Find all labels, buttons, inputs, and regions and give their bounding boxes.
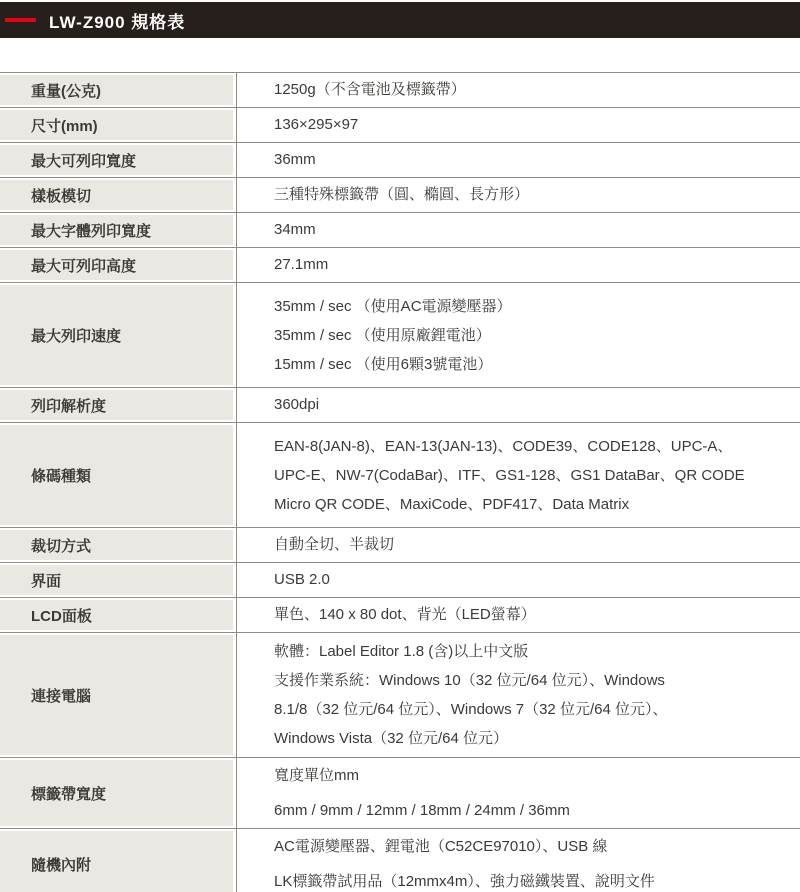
spec-value-line: 136×295×97 xyxy=(274,108,800,142)
red-dash-icon xyxy=(5,18,36,22)
spec-label: 條碼種類 xyxy=(0,422,236,527)
spec-label: 列印解析度 xyxy=(0,387,236,422)
spec-value-line: 34mm xyxy=(274,213,800,247)
spec-label: 隨機內附 xyxy=(0,828,236,892)
spec-value-line: 三種特殊標籤帶（圓、橢圓、長方形） xyxy=(274,178,800,212)
spec-label: LCD面板 xyxy=(0,597,236,632)
spec-label: 最大字體列印寬度 xyxy=(0,212,236,247)
spec-value-line: 27.1mm xyxy=(274,248,800,282)
spec-value: 35mm / sec （使用AC電源變壓器） 35mm / sec （使用原廠鋰… xyxy=(236,282,800,387)
table-row-cut-method: 裁切方式 自動全切、半裁切 xyxy=(0,527,800,562)
spec-value: 單色、140 x 80 dot、背光（LED螢幕） xyxy=(236,597,800,632)
spec-value-line: 15mm / sec （使用6顆3號電池） xyxy=(274,350,800,379)
spec-value-line: 35mm / sec （使用AC電源變壓器） xyxy=(274,292,800,321)
spec-label: 最大可列印高度 xyxy=(0,247,236,282)
spec-value-line: 360dpi xyxy=(274,388,800,422)
spec-label: 裁切方式 xyxy=(0,527,236,562)
spec-value: USB 2.0 xyxy=(236,562,800,597)
spec-value-line: 35mm / sec （使用原廠鋰電池） xyxy=(274,321,800,350)
spec-value-line: 支援作業系統：Windows 10（32 位元/64 位元）、Windows xyxy=(274,666,800,695)
spec-value: 軟體：Label Editor 1.8 (含)以上中文版 支援作業系統：Wind… xyxy=(236,632,800,757)
page-header: LW-Z900 規格表 xyxy=(0,2,800,38)
spec-label: 樣板模切 xyxy=(0,177,236,212)
spec-value: 27.1mm xyxy=(236,247,800,282)
table-row-weight: 重量(公克) 1250g（不含電池及標籤帶） xyxy=(0,72,800,107)
table-row-lcd-panel: LCD面板 單色、140 x 80 dot、背光（LED螢幕） xyxy=(0,597,800,632)
spec-value-line: Windows Vista（32 位元/64 位元） xyxy=(274,724,800,753)
spec-label: 標籤帶寬度 xyxy=(0,757,236,828)
spec-label: 最大可列印寬度 xyxy=(0,142,236,177)
spec-value: 36mm xyxy=(236,142,800,177)
spec-value: EAN-8(JAN-8)、EAN-13(JAN-13)、CODE39、CODE1… xyxy=(236,422,800,527)
spec-value-line: USB 2.0 xyxy=(274,563,800,597)
spec-value: 寬度單位mm 6mm / 9mm / 12mm / 18mm / 24mm / … xyxy=(236,757,800,828)
spec-value-line: LK標籤帶試用品（12mmx4m）、強力磁鐵裝置、說明文件 xyxy=(274,864,800,892)
spec-value-line: AC電源變壓器、鋰電池（C52CE97010）、USB 線 xyxy=(274,829,800,864)
table-row-included-items: 隨機內附 AC電源變壓器、鋰電池（C52CE97010）、USB 線 LK標籤帶… xyxy=(0,828,800,892)
spec-value: 1250g（不含電池及標籤帶） xyxy=(236,72,800,107)
spec-label: 尺寸(mm) xyxy=(0,107,236,142)
spec-value-line: 36mm xyxy=(274,143,800,177)
table-row-pc-connection: 連接電腦 軟體：Label Editor 1.8 (含)以上中文版 支援作業系統… xyxy=(0,632,800,757)
table-row-max-print-height: 最大可列印高度 27.1mm xyxy=(0,247,800,282)
table-row-die-cut: 樣板模切 三種特殊標籤帶（圓、橢圓、長方形） xyxy=(0,177,800,212)
spec-value: 自動全切、半裁切 xyxy=(236,527,800,562)
spec-value-line: 1250g（不含電池及標籤帶） xyxy=(274,73,800,107)
spec-value-line: 8.1/8（32 位元/64 位元）、Windows 7（32 位元/64 位元… xyxy=(274,695,800,724)
spec-value-line: 寬度單位mm xyxy=(274,758,800,793)
spec-value-line: EAN-8(JAN-8)、EAN-13(JAN-13)、CODE39、CODE1… xyxy=(274,432,800,461)
spec-label: 重量(公克) xyxy=(0,72,236,107)
table-row-dimensions: 尺寸(mm) 136×295×97 xyxy=(0,107,800,142)
spec-value-line: 自動全切、半裁切 xyxy=(274,528,800,562)
spec-value: 三種特殊標籤帶（圓、橢圓、長方形） xyxy=(236,177,800,212)
table-row-resolution: 列印解析度 360dpi xyxy=(0,387,800,422)
spec-value: 34mm xyxy=(236,212,800,247)
page-title: LW-Z900 規格表 xyxy=(49,8,185,33)
spec-value-line: 單色、140 x 80 dot、背光（LED螢幕） xyxy=(274,598,800,632)
spec-table: 重量(公克) 1250g（不含電池及標籤帶） 尺寸(mm) 136×295×97… xyxy=(0,72,800,892)
table-row-max-print-width: 最大可列印寬度 36mm xyxy=(0,142,800,177)
table-row-print-speed: 最大列印速度 35mm / sec （使用AC電源變壓器） 35mm / sec… xyxy=(0,282,800,387)
spec-value: 136×295×97 xyxy=(236,107,800,142)
spec-value-line: 軟體：Label Editor 1.8 (含)以上中文版 xyxy=(274,637,800,666)
table-row-tape-width: 標籤帶寬度 寬度單位mm 6mm / 9mm / 12mm / 18mm / 2… xyxy=(0,757,800,828)
table-row-barcode-types: 條碼種類 EAN-8(JAN-8)、EAN-13(JAN-13)、CODE39、… xyxy=(0,422,800,527)
table-row-max-font-width: 最大字體列印寬度 34mm xyxy=(0,212,800,247)
spec-value-line: UPC-E、NW-7(CodaBar)、ITF、GS1-128、GS1 Data… xyxy=(274,461,800,490)
spec-label: 界面 xyxy=(0,562,236,597)
table-row-interface: 界面 USB 2.0 xyxy=(0,562,800,597)
spec-label: 連接電腦 xyxy=(0,632,236,757)
spec-value: 360dpi xyxy=(236,387,800,422)
spec-value: AC電源變壓器、鋰電池（C52CE97010）、USB 線 LK標籤帶試用品（1… xyxy=(236,828,800,892)
spec-value-line: 6mm / 9mm / 12mm / 18mm / 24mm / 36mm xyxy=(274,793,800,828)
spec-value-line: Micro QR CODE、MaxiCode、PDF417、Data Matri… xyxy=(274,490,800,519)
spec-label: 最大列印速度 xyxy=(0,282,236,387)
